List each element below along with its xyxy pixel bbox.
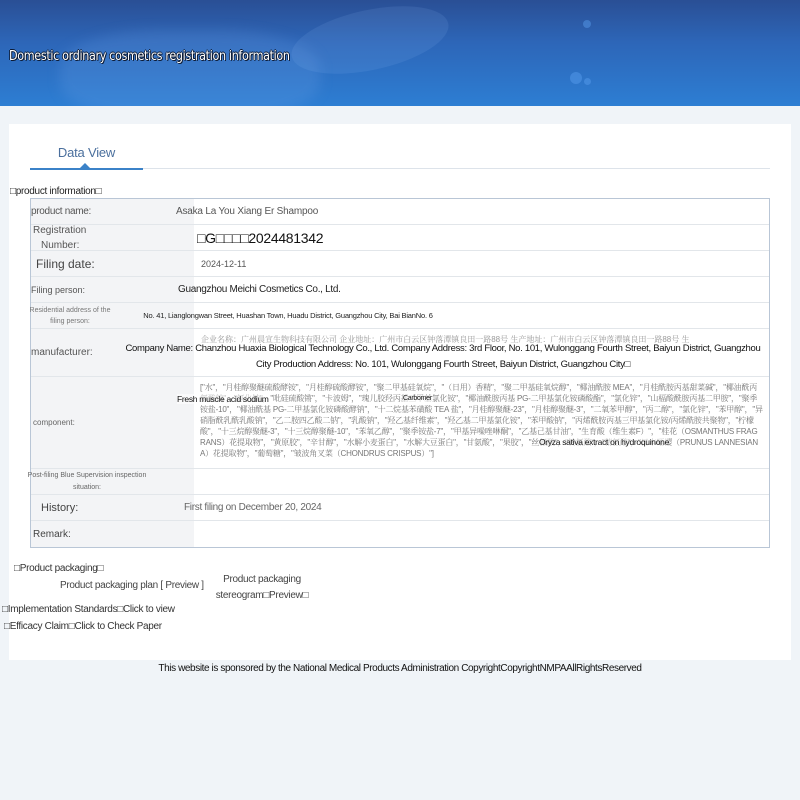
filing-date-label: Filing date: bbox=[31, 251, 194, 276]
post-filing-label-line2: situation: bbox=[73, 482, 101, 494]
product-info-table: product name: Asaka La You Xiang Er Sham… bbox=[30, 198, 770, 548]
row-component: component: ["水"，"月桂醇聚醚硫酸酵铵"，"月桂醇硫酸酵铵"，"聚… bbox=[31, 377, 769, 469]
stereogram-link-line2: stereogram□Preview□ bbox=[212, 588, 312, 604]
filing-date-value: 2024-12-11 bbox=[194, 251, 769, 276]
filing-person-value: Guangzhou Meichi Cosmetics Co., Ltd. bbox=[178, 277, 769, 302]
footer-copyright: This website is sponsored by the Nationa… bbox=[0, 663, 800, 674]
row-product-name: product name: Asaka La You Xiang Er Sham… bbox=[31, 199, 769, 225]
product-name-value: Asaka La You Xiang Er Shampoo bbox=[176, 199, 769, 224]
packaging-plan-preview-link[interactable]: Product packaging plan [ Preview ] bbox=[60, 580, 204, 591]
residential-address-label-line2: filing person: bbox=[50, 316, 90, 327]
remark-label: Remark: bbox=[31, 521, 194, 547]
history-value: First filing on December 20, 2024 bbox=[184, 495, 769, 520]
manufacturer-value: Company Name: Chanzhou Huaxia Biological… bbox=[117, 329, 769, 376]
post-filing-label: Post-filing Blue Supervision inspection … bbox=[17, 469, 157, 494]
residential-address-value: No. 41, Lianglongwan Street, Huashan Tow… bbox=[143, 303, 433, 328]
decorative-orb bbox=[570, 72, 582, 84]
row-filing-person: Filing person: Guangzhou Meichi Cosmetic… bbox=[31, 277, 769, 303]
product-information-heading: □product information□ bbox=[10, 186, 101, 197]
manufacturer-value-line1: Company Name: Chanzhou Huaxia Biological… bbox=[125, 333, 760, 357]
product-name-label: product name: bbox=[31, 199, 194, 224]
component-value: ["水"，"月桂醇聚醚硫酸酵铵"，"月桂醇硫酸酵铵"，"聚二甲基硅氧烷"，"（日… bbox=[194, 377, 769, 468]
row-filing-date: Filing date: 2024-12-11 bbox=[31, 251, 769, 277]
history-label: History: bbox=[31, 495, 194, 520]
residential-address-label: Residential address of the filing person… bbox=[27, 303, 113, 328]
component-overlay-carbomer: Carbomer bbox=[403, 395, 432, 402]
component-overlay-sodium: Fresh muscle acid sodium bbox=[177, 394, 269, 404]
efficacy-claim-link[interactable]: □Efficacy Claim□Click to Check Paper bbox=[4, 621, 162, 632]
registration-number-label: Registration Number: bbox=[31, 225, 194, 250]
tab-label: Data View bbox=[58, 145, 115, 160]
decorative-orb bbox=[583, 20, 591, 28]
manufacturer-value-line2: City Production Address: No. 101, Wulong… bbox=[256, 357, 630, 373]
stereogram-link-line1: Product packaging bbox=[212, 572, 312, 588]
decorative-orb bbox=[584, 78, 591, 85]
filing-person-label: Filing person: bbox=[31, 277, 194, 302]
row-manufacturer: manufacturer: 企业名称：广州晨宣生物科技有限公司 企业地址：广州市… bbox=[31, 329, 769, 377]
row-remark: Remark: bbox=[31, 521, 769, 547]
component-label: component: bbox=[31, 377, 194, 468]
registration-number-label-line1: Registration bbox=[33, 223, 86, 238]
registration-number-value: □G□□□□2024481342 bbox=[197, 225, 769, 250]
residential-address-line1: No. 41, Lianglongwan Street, Huashan Tow… bbox=[143, 309, 415, 322]
implementation-standards-link[interactable]: □Implementation Standards□Click to view bbox=[2, 604, 175, 615]
remark-value bbox=[194, 521, 769, 547]
page-title: Domestic ordinary cosmetics registration… bbox=[9, 49, 290, 64]
tab-data-view[interactable]: Data View bbox=[30, 143, 143, 170]
row-residential-address: Residential address of the filing person… bbox=[31, 303, 769, 329]
header-banner: Domestic ordinary cosmetics registration… bbox=[0, 0, 800, 106]
active-tab-caret-icon bbox=[80, 163, 90, 168]
post-filing-label-line1: Post-filing Blue Supervision inspection bbox=[28, 470, 147, 482]
packaging-stereogram-preview-link[interactable]: Product packaging stereogram□Preview□ bbox=[212, 572, 312, 604]
residential-address-label-line1: Residential address of the bbox=[30, 305, 111, 316]
post-filing-value bbox=[194, 469, 769, 494]
row-registration-number: Registration Number: □G□□□□2024481342 bbox=[31, 225, 769, 251]
residential-address-line2: No. 6 bbox=[416, 309, 433, 322]
component-overlay-oryza: Oryza sativa extract on hydroquinone bbox=[539, 437, 669, 447]
product-packaging-heading: □Product packaging□ bbox=[14, 563, 103, 574]
row-post-filing-inspection: Post-filing Blue Supervision inspection … bbox=[31, 469, 769, 495]
row-history: History: First filing on December 20, 20… bbox=[31, 495, 769, 521]
